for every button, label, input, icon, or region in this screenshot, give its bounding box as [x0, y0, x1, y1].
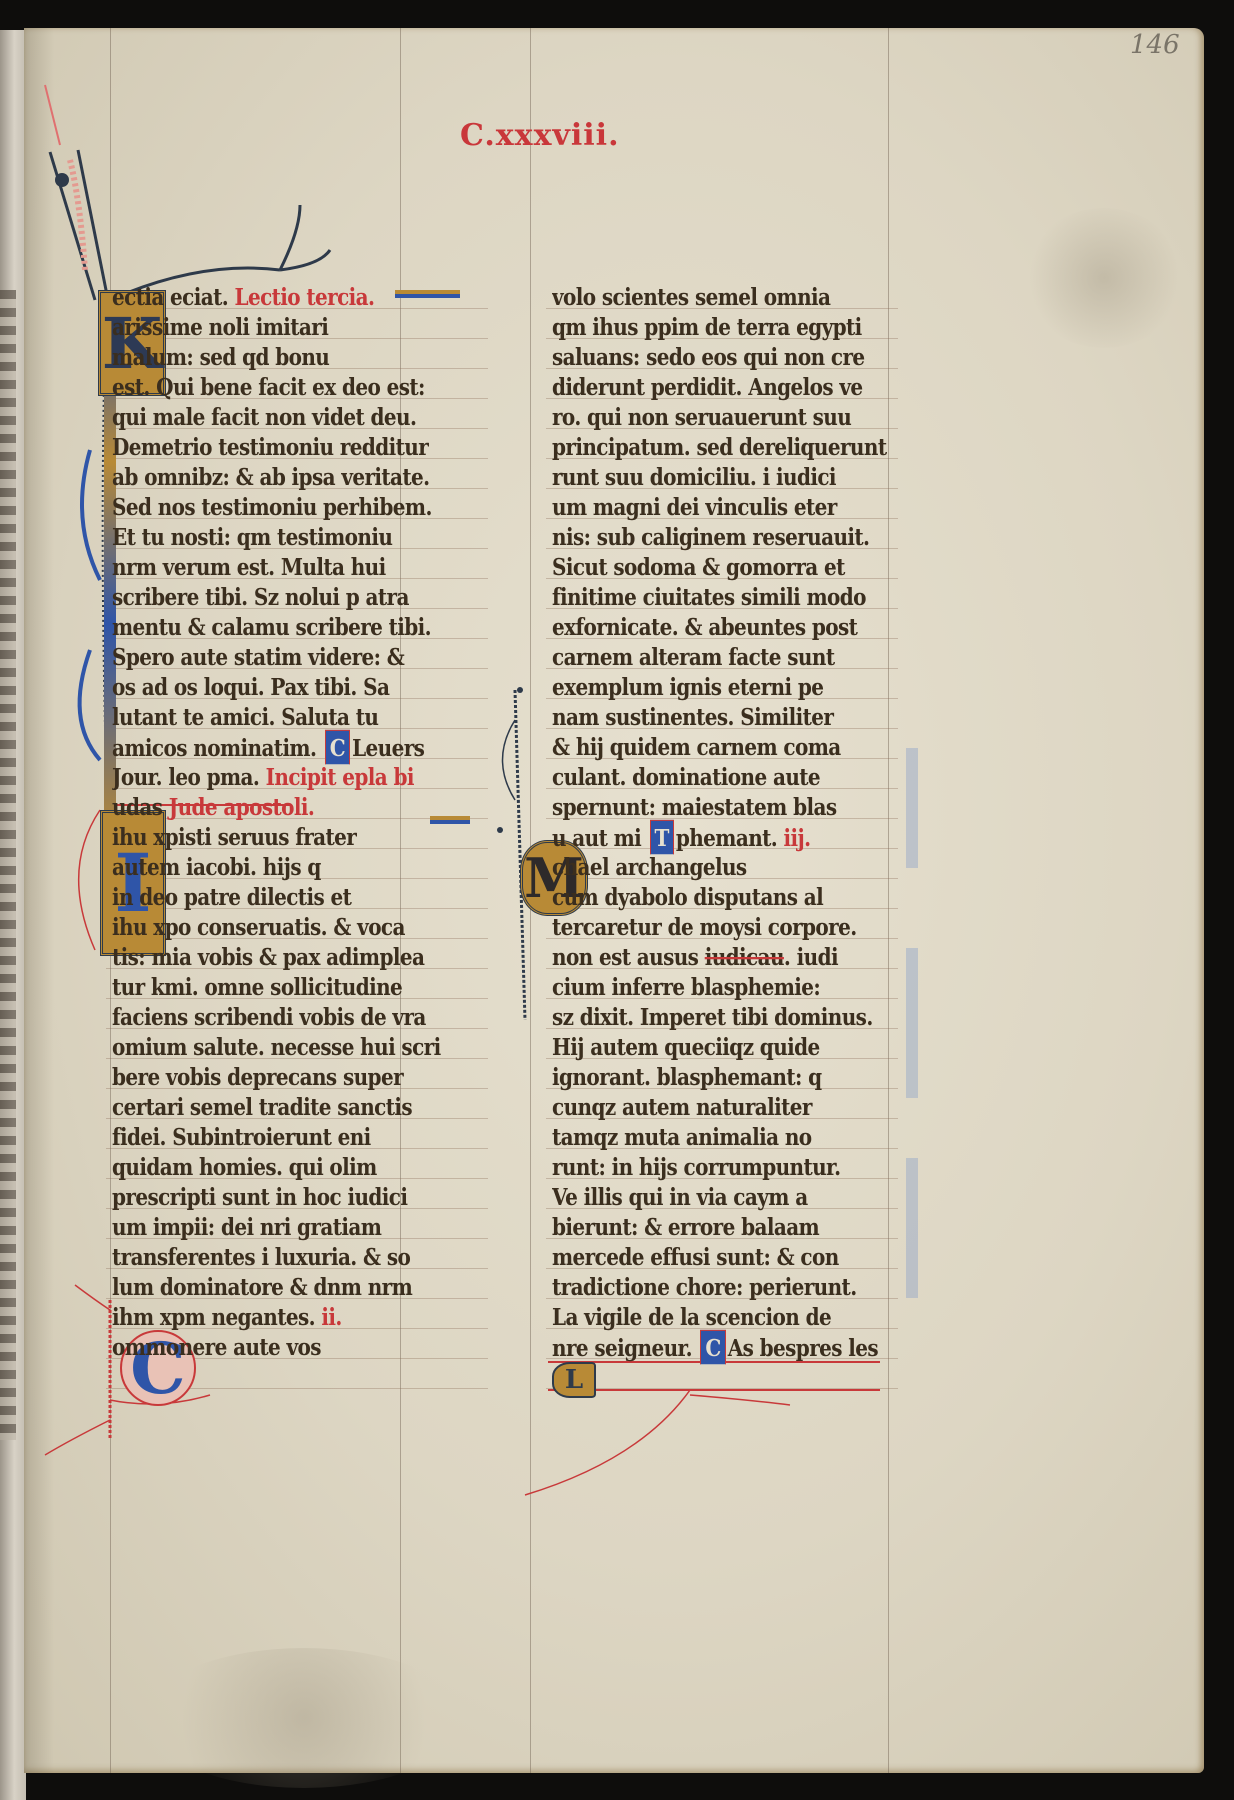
line-text: Spero aute statim videre: & — [112, 643, 404, 671]
line-text: nam sustinentes. Similiter — [552, 703, 833, 731]
line-text: tercaretur de moysi corpore. — [552, 913, 857, 941]
running-head: C.xxxviii. — [460, 118, 620, 153]
facing-page-text — [0, 290, 16, 1440]
line-text: principatum. sed dereliquerunt — [552, 433, 886, 461]
line-text: Ve illis qui in via caym a — [552, 1183, 808, 1211]
line-text: chael archangelus — [552, 853, 747, 881]
rubric-text: Lectio tercia. — [234, 283, 374, 311]
line-text: scribere tibi. Sz nolui p atra — [112, 583, 409, 611]
line-text: est. Qui bene facit ex deo est: — [112, 373, 425, 401]
text-line: nre seigneur. CAs bespres les — [552, 1330, 894, 1365]
line-text: bierunt: & errore balaam — [552, 1213, 819, 1241]
line-text: certari semel tradite sanctis — [112, 1093, 412, 1121]
line-text: phemant. — [676, 824, 784, 852]
offset-blue-ghost — [906, 948, 918, 1098]
line-text: lutant te amici. Saluta tu — [112, 703, 378, 731]
line-text: ihu xpo conseruatis. & voca — [112, 913, 405, 941]
rubric-text: Jude apostoli. — [169, 793, 315, 821]
line-text: um impii: dei nri gratiam — [112, 1213, 381, 1241]
line-text: cum dyabolo disputans al — [552, 883, 823, 911]
text-line: ommonere aute vos — [112, 1330, 484, 1365]
line-text: faciens scribendi vobis de vra — [112, 1003, 426, 1031]
line-text: cunqz autem naturaliter — [552, 1093, 812, 1121]
line-text: mercede effusi sunt: & con — [552, 1243, 839, 1271]
line-text: carnem alteram facte sunt — [552, 643, 834, 671]
rubric-text: iij. — [784, 824, 811, 852]
line-text: tamqz muta animalia no — [552, 1123, 812, 1151]
line-text: ab omnibz: & ab ipsa veritate. — [112, 463, 430, 491]
line-text: finitime ciuitates simili modo — [552, 583, 866, 611]
line-text: nre seigneur. — [552, 1334, 698, 1362]
stain — [1024, 208, 1184, 348]
line-text: Sed nos testimoniu perhibem. — [112, 493, 432, 521]
line-text: cium inferre blasphemie: — [552, 973, 820, 1001]
line-text: autem iacobi. hijs q — [112, 853, 321, 881]
line-text: tis: mia vobis & pax adimplea — [112, 943, 424, 971]
line-text: bere vobis deprecans super — [112, 1063, 403, 1091]
line-text: As bespres les — [728, 1334, 878, 1362]
line-text: Hij autem queciiqz quide — [552, 1033, 820, 1061]
offset-blue-ghost — [906, 748, 918, 868]
line-text: u aut mi — [552, 824, 648, 852]
line-text: Leuers — [352, 734, 424, 762]
folio-number: 146 — [1130, 30, 1180, 60]
text-column-left: ectia eciat. Lectio tercia.arissime noli… — [112, 282, 484, 1362]
line-text: exfornicate. & abeuntes post — [552, 613, 857, 641]
line-text: ihm xpm negantes. — [112, 1303, 321, 1331]
line-text: tur kmi. omne sollicitudine — [112, 973, 402, 1001]
line-text: um magni dei vinculis eter — [552, 493, 837, 521]
line-text: lum dominatore & dnm nrm — [112, 1273, 412, 1301]
line-text: qui male facit non videt deu. — [112, 403, 416, 431]
line-text: runt suu domiciliu. i iudici — [552, 463, 836, 491]
line-text: ro. qui non seruauerunt suu — [552, 403, 851, 431]
line-text: transferentes i luxuria. & so — [112, 1243, 410, 1271]
illuminated-initial-l: L — [552, 1362, 596, 1398]
offset-blue-ghost — [906, 1158, 918, 1298]
line-text: volo scientes semel omnia — [552, 283, 830, 311]
stain — [144, 1648, 464, 1788]
line-text: prescripti sunt in hoc iudici — [112, 1183, 407, 1211]
line-text: amicos nominatim. — [112, 734, 323, 762]
line-text: quidam homies. qui olim — [112, 1153, 377, 1181]
line-text: ignorant. blasphemant: q — [552, 1063, 822, 1091]
struck-text: iudicau — [705, 943, 784, 971]
line-text: malum: sed qd bonu — [112, 343, 329, 371]
line-text: nrm verum est. Multa hui — [112, 553, 386, 581]
line-text: ihu xpisti seruus frater — [112, 823, 356, 851]
line-text: os ad os loqui. Pax tibi. Sa — [112, 673, 389, 701]
line-text: Sicut sodoma & gomorra et — [552, 553, 845, 581]
ruling-line-horizontal — [546, 1388, 898, 1389]
line-text: . iudi — [784, 943, 838, 971]
line-text: fidei. Subintroierunt eni — [112, 1123, 371, 1151]
line-text: La vigile de la scencion de — [552, 1303, 831, 1331]
line-text: arissime noli imitari — [112, 313, 328, 341]
line-text: runt: in hijs corrumpuntur. — [552, 1153, 841, 1181]
line-text: culant. dominatione aute — [552, 763, 820, 791]
line-text: non est ausus — [552, 943, 705, 971]
line-text: nis: sub caliginem reseruauit. — [552, 523, 869, 551]
text-column-right: volo scientes semel omniaqm ihus ppim de… — [552, 282, 894, 1362]
line-text: ectia eciat. — [112, 283, 234, 311]
line-text: Et tu nosti: qm testimoniu — [112, 523, 392, 551]
line-text: diderunt perdidit. Angelos ve — [552, 373, 863, 401]
line-text: saluans: sedo eos qui non cre — [552, 343, 865, 371]
line-text: in deo patre dilectis et — [112, 883, 351, 911]
rubric-text: ii. — [321, 1303, 341, 1331]
rubric-text: Incipit epla bi — [266, 763, 414, 791]
line-text: Demetrio testimoniu redditur — [112, 433, 428, 461]
line-text: ommonere aute vos — [112, 1333, 321, 1361]
line-text: sz dixit. Imperet tibi dominus. — [552, 1003, 873, 1031]
line-text: omium salute. necesse hui scri — [112, 1033, 441, 1061]
line-text: & hij quidem carnem coma — [552, 733, 841, 761]
line-text: qm ihus ppim de terra egypti — [552, 313, 862, 341]
line-text: mentu & calamu scribere tibi. — [112, 613, 431, 641]
minor-initial: C — [700, 1330, 725, 1365]
facing-page-edge — [0, 30, 26, 1800]
line-text: exemplum ignis eterni pe — [552, 673, 823, 701]
line-text: tradictione chore: perierunt. — [552, 1273, 857, 1301]
line-text: Jour. leo pma. — [112, 763, 266, 791]
line-text: udas — [112, 793, 169, 821]
line-text: spernunt: maiestatem blas — [552, 793, 837, 821]
